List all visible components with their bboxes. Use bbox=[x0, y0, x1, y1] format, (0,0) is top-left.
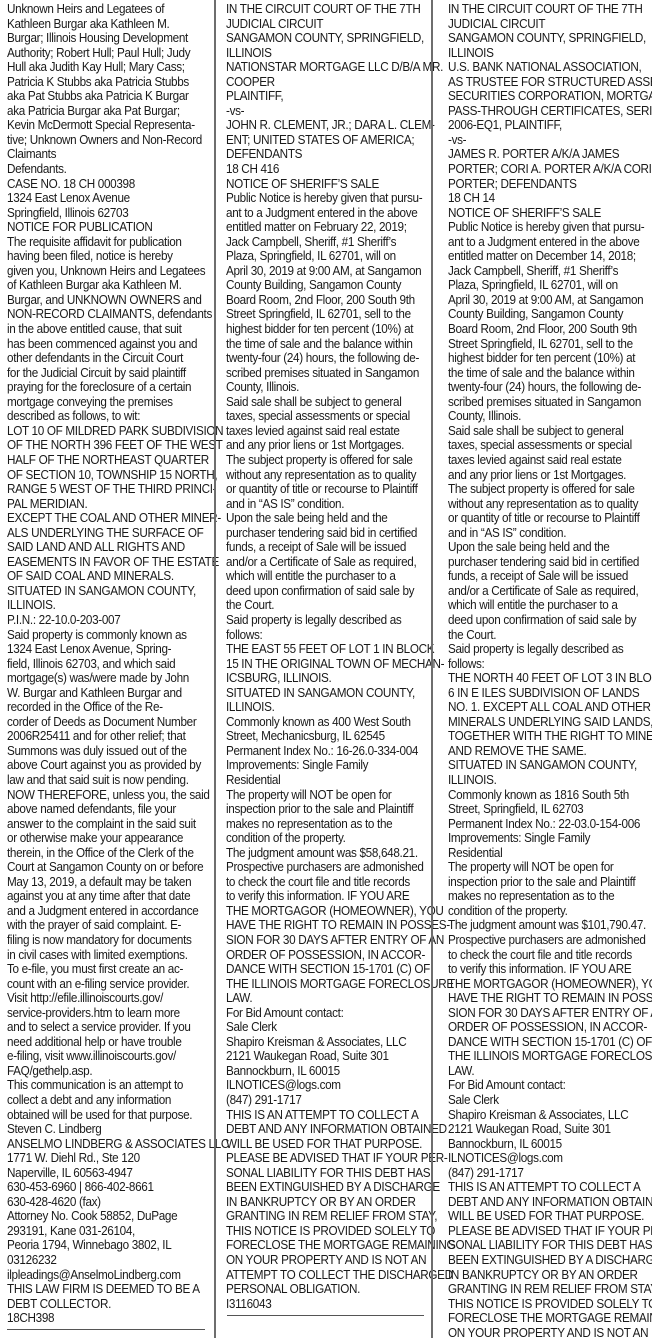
notice-text-line: DEBT AND ANY INFORMATION OBTAINED bbox=[226, 1122, 429, 1137]
notice-text-line: For Bid Amount contact: bbox=[448, 1078, 652, 1093]
notice-text-line: against you at any time after that date bbox=[7, 889, 207, 904]
notice-text-line: THIS IS AN ATTEMPT TO COLLECT A bbox=[448, 1180, 652, 1195]
notice-text-line: AND REMOVE THE SAME. bbox=[448, 744, 652, 759]
notice-text-line: makes no representation as to the bbox=[226, 817, 429, 832]
notice-text-line: to verify this information. IF YOU ARE bbox=[226, 889, 429, 904]
notice-column-1: Unknown Heirs and Legatees ofKathleen Bu… bbox=[7, 2, 207, 1326]
column-divider bbox=[214, 0, 216, 1338]
notice-text-line: Commonly known as 400 West South bbox=[226, 715, 429, 730]
notice-text-line: ILLINOIS. bbox=[226, 700, 429, 715]
notice-text-line: The judgment amount was $101,790.47. bbox=[448, 918, 652, 933]
notice-text-line: Patricia K Stubbs aka Patricia Stubbs bbox=[7, 75, 207, 90]
notice-text-line: The judgment amount was $58,648.21. bbox=[226, 846, 429, 861]
notice-text-line: Sale Clerk bbox=[226, 1020, 429, 1035]
notice-text-line: OF SECTION 10, TOWNSHIP 15 NORTH, bbox=[7, 468, 207, 483]
notice-text-line: Residential bbox=[226, 773, 429, 788]
notice-text-line: DANCE WITH SECTION 15-1701 (C) OF bbox=[226, 962, 429, 977]
notice-text-line: 1771 W. Diehl Rd., Ste 120 bbox=[7, 1151, 207, 1166]
notice-text-line: funds, a receipt of Sale will be issued bbox=[448, 569, 652, 584]
notice-text-line: or quantity of title or recourse to Plai… bbox=[226, 482, 429, 497]
notice-text-line: 630-428-4620 (fax) bbox=[7, 1195, 207, 1210]
notice-text-line: mortgage(s) was/were made by John bbox=[7, 671, 207, 686]
notice-text-line: taxes levied against said real estate bbox=[448, 453, 652, 468]
notice-text-line: ENT; UNITED STATES OF AMERICA; bbox=[226, 133, 429, 148]
notice-text-line: 6 IN E ILES SUBDIVISION OF LANDS bbox=[448, 686, 652, 701]
notice-text-line: THIS IS AN ATTEMPT TO COLLECT A bbox=[226, 1108, 429, 1123]
notice-text-line: SANGAMON COUNTY, SPRINGFIELD, bbox=[448, 31, 652, 46]
notice-text-line: Board Room, 2nd Floor, 200 South 9th bbox=[448, 322, 652, 337]
notice-text-line: THE NORTH 40 FEET OF LOT 3 IN BLOCK bbox=[448, 671, 652, 686]
notice-text-line: Jack Campbell, Sheriff, #1 Sheriff’s bbox=[226, 235, 429, 250]
notice-text-line: mortgage conveying the premises bbox=[7, 395, 207, 410]
notice-text-line: The property will NOT be open for bbox=[226, 788, 429, 803]
notice-text-line: Said sale shall be subject to general bbox=[226, 395, 429, 410]
notice-text-line: Said property is legally described as bbox=[226, 613, 429, 628]
notice-text-line: County Building, Sangamon County bbox=[448, 307, 652, 322]
notice-text-line: LAW. bbox=[226, 991, 429, 1006]
notice-text-line: This communication is an attempt to bbox=[7, 1078, 207, 1093]
notice-text-line: count with an e-filing service provider. bbox=[7, 977, 207, 992]
notice-text-line: PORTER; DEFENDANTS bbox=[448, 177, 652, 192]
notice-text-line: PORTER; CORI A. PORTER A/K/A CORI bbox=[448, 162, 652, 177]
notice-text-line: Bannockburn, IL 60015 bbox=[448, 1137, 652, 1152]
notice-text-line: in civil cases with limited exemptions. bbox=[7, 948, 207, 963]
notice-text-line: Claimants bbox=[7, 147, 207, 162]
notice-text-line: answer to the complaint in the said suit bbox=[7, 817, 207, 832]
notice-text-line: Kathleen Burgar aka Kathleen M. bbox=[7, 17, 207, 32]
notice-text-line: NO. 1. EXCEPT ALL COAL AND OTHER bbox=[448, 700, 652, 715]
notice-text-line: SITUATED IN SANGAMON COUNTY, bbox=[226, 686, 429, 701]
notice-text-line: Springfield, Illinois 62703 bbox=[7, 206, 207, 221]
notice-text-line: Shapiro Kreisman & Associates, LLC bbox=[448, 1108, 652, 1123]
notice-text-line: ALS UNDERLYING THE SURFACE OF bbox=[7, 526, 207, 541]
notice-text-line: makes no representation as to the bbox=[448, 889, 652, 904]
notice-text-line: for the Judicial Circuit by said plainti… bbox=[7, 366, 207, 381]
notice-text-line: Visit http://efile.illinoiscourts.gov/ bbox=[7, 991, 207, 1006]
notice-text-line: purchaser tendering said bid in certifie… bbox=[226, 526, 429, 541]
notice-text-line: -vs- bbox=[226, 104, 429, 119]
notice-text-line: NOW THEREFORE, unless you, the said bbox=[7, 788, 207, 803]
notice-text-line: 18CH398 bbox=[7, 1311, 207, 1326]
notice-text-line: with the prayer of said complaint. E- bbox=[7, 918, 207, 933]
notice-text-line: DEBT AND ANY INFORMATION OBTAINED bbox=[448, 1195, 652, 1210]
notice-text-line: Public Notice is hereby given that pursu… bbox=[226, 191, 429, 206]
notice-text-line: the time of sale and the balance within bbox=[226, 337, 429, 352]
notice-text-line: SAID LAND AND ALL RIGHTS AND bbox=[7, 540, 207, 555]
notice-text-line: Said sale shall be subject to general bbox=[448, 424, 652, 439]
notice-text-line: May 13, 2019, a default may be taken bbox=[7, 875, 207, 890]
notice-text-line: PERSONAL OBLIGATION. bbox=[226, 1282, 429, 1297]
notice-text-line: Defendants. bbox=[7, 162, 207, 177]
notice-text-line: Shapiro Kreisman & Associates, LLC bbox=[226, 1035, 429, 1050]
notice-text-line: 18 CH 14 bbox=[448, 191, 652, 206]
notice-text-line: Bannockburn, IL 60015 bbox=[226, 1064, 429, 1079]
notice-text-line: Plaza, Springfield, IL 62701, will on bbox=[448, 278, 652, 293]
notice-text-line: ON YOUR PROPERTY AND IS NOT AN bbox=[448, 1326, 652, 1338]
notice-text-line: to check the court file and title record… bbox=[448, 948, 652, 963]
notice-text-line: U.S. BANK NATIONAL ASSOCIATION, bbox=[448, 60, 652, 75]
notice-text-line: ORDER OF POSSESSION, IN ACCOR- bbox=[448, 1020, 652, 1035]
notice-text-line: THE EAST 55 FEET OF LOT 1 IN BLOCK bbox=[226, 642, 429, 657]
notice-text-line: SONAL LIABILITY FOR THIS DEBT HAS bbox=[226, 1166, 429, 1181]
notice-text-line: Naperville, IL 60563-4947 bbox=[7, 1166, 207, 1181]
notice-text-line: and/or a Certificate of Sale as required… bbox=[226, 555, 429, 570]
notice-text-line: Authority; Robert Hull; Paul Hull; Judy bbox=[7, 46, 207, 61]
legal-notices-page: Unknown Heirs and Legatees ofKathleen Bu… bbox=[0, 0, 652, 1338]
notice-text-line: SECURITIES CORPORATION, MORTGAGE bbox=[448, 89, 652, 104]
notice-text-line: taxes levied against said real estate bbox=[226, 424, 429, 439]
notice-text-line: having been filed, notice is hereby bbox=[7, 249, 207, 264]
notice-text-line: Commonly known as 1816 South 5th bbox=[448, 788, 652, 803]
notice-text-line: EASEMENTS IN FAVOR OF THE ESTATE bbox=[7, 555, 207, 570]
notice-text-line: 630-453-6960 | 866-402-8661 bbox=[7, 1180, 207, 1195]
notice-text-line: Steven C. Lindberg bbox=[7, 1122, 207, 1137]
notice-text-line: LOT 10 OF MILDRED PARK SUBDIVISION bbox=[7, 424, 207, 439]
notice-text-line: IN BANKRUPTCY OR BY AN ORDER bbox=[226, 1195, 429, 1210]
notice-text-line: NOTICE OF SHERIFF’S SALE bbox=[448, 206, 652, 221]
notice-text-line: P.I.N.: 22-10.0-203-007 bbox=[7, 613, 207, 628]
notice-text-line: twenty-four (24) hours, the following de… bbox=[448, 380, 652, 395]
notice-text-line: Upon the sale being held and the bbox=[448, 540, 652, 555]
notice-text-line: (847) 291-1717 bbox=[226, 1093, 429, 1108]
notice-text-line: COOPER bbox=[226, 75, 429, 90]
notice-text-line: Prospective purchasers are admonished bbox=[226, 860, 429, 875]
notice-text-line: service-providers.htm to learn more bbox=[7, 1006, 207, 1021]
notice-text-line: April 30, 2019 at 9:00 AM, at Sangamon bbox=[448, 293, 652, 308]
notice-text-line: The subject property is offered for sale bbox=[226, 453, 429, 468]
notice-text-line: 2121 Waukegan Road, Suite 301 bbox=[448, 1122, 652, 1137]
notice-text-line: HAVE THE RIGHT TO REMAIN IN POSSES- bbox=[226, 918, 429, 933]
notice-text-line: taxes, special assessments or special bbox=[448, 438, 652, 453]
notice-text-line: FAQ/gethelp.asp. bbox=[7, 1064, 207, 1079]
notice-text-line: ON YOUR PROPERTY AND IS NOT AN bbox=[226, 1253, 429, 1268]
notice-text-line: the Court. bbox=[226, 598, 429, 613]
notice-text-line: GRANTING IN REM RELIEF FROM STAY, bbox=[448, 1282, 652, 1297]
notice-text-line: SITUATED IN SANGAMON COUNTY, bbox=[448, 758, 652, 773]
notice-text-line: ILLINOIS. bbox=[448, 773, 652, 788]
notice-text-line: GRANTING IN REM RELIEF FROM STAY, bbox=[226, 1209, 429, 1224]
notice-text-line: field, Illinois 62703, and which said bbox=[7, 657, 207, 672]
notice-text-line: THE MORTGAGOR (HOMEOWNER), YOU bbox=[226, 904, 429, 919]
notice-text-line: 1324 East Lenox Avenue, Spring- bbox=[7, 642, 207, 657]
notice-text-line: corder of Deeds as Document Number bbox=[7, 715, 207, 730]
notice-text-line: therein, in the Office of the Clerk of t… bbox=[7, 846, 207, 861]
notice-text-line: ant to a Judgment entered in the above bbox=[226, 206, 429, 221]
notice-text-line: and in “AS IS” condition. bbox=[448, 526, 652, 541]
notice-text-line: The property will NOT be open for bbox=[448, 860, 652, 875]
notice-text-line: the Court. bbox=[448, 628, 652, 643]
notice-text-line: tive; Unknown Owners and Non-Record bbox=[7, 133, 207, 148]
notice-text-line: THE ILLINOIS MORTGAGE FORECLOSURE bbox=[226, 977, 429, 992]
notice-text-line: ILLINOIS bbox=[226, 46, 429, 61]
notice-text-line: twenty-four (24) hours, the following de… bbox=[226, 351, 429, 366]
notice-text-line: Improvements: Single Family bbox=[226, 758, 429, 773]
notice-text-line: ilpleadings@AnselmoLindberg.com bbox=[7, 1268, 207, 1283]
notice-text-line: ILLINOIS bbox=[448, 46, 652, 61]
notice-text-line: Unknown Heirs and Legatees of bbox=[7, 2, 207, 17]
notice-text-line: Prospective purchasers are admonished bbox=[448, 933, 652, 948]
notice-text-line: above Court against you as provided by bbox=[7, 758, 207, 773]
notice-text-line: CASE NO. 18 CH 000398 bbox=[7, 177, 207, 192]
notice-text-line: THE MORTGAGOR (HOMEOWNER), YOU bbox=[448, 977, 652, 992]
notice-text-line: County, Illinois. bbox=[226, 380, 429, 395]
notice-text-line: BEEN EXTINGUISHED BY A DISCHARGE bbox=[226, 1180, 429, 1195]
notice-text-line: condition of the property. bbox=[448, 904, 652, 919]
notice-text-line: THIS NOTICE IS PROVIDED SOLELY TO bbox=[448, 1297, 652, 1312]
notice-text-line: DEFENDANTS bbox=[226, 147, 429, 162]
notice-text-line: scribed premises situated in Sangamon bbox=[226, 366, 429, 381]
notice-text-line: ILNOTICES@logs.com bbox=[448, 1151, 652, 1166]
notice-text-line: TOGETHER WITH THE RIGHT TO MINE bbox=[448, 729, 652, 744]
notice-text-line: ORDER OF POSSESSION, IN ACCOR- bbox=[226, 948, 429, 963]
notice-column-2: IN THE CIRCUIT COURT OF THE 7THJUDICIAL … bbox=[226, 2, 429, 1311]
notice-text-line: RANGE 5 WEST OF THE THIRD PRINCI- bbox=[7, 482, 207, 497]
notice-text-line: deed upon confirmation of said sale by bbox=[448, 613, 652, 628]
notice-text-line: HAVE THE RIGHT TO REMAIN IN POSSES- bbox=[448, 991, 652, 1006]
notice-text-line: has been commenced against you and bbox=[7, 337, 207, 352]
notice-text-line: IN BANKRUPTCY OR BY AN ORDER bbox=[448, 1268, 652, 1283]
notice-text-line: inspection prior to the sale and Plainti… bbox=[448, 875, 652, 890]
notice-text-line: and a Judgment entered in accordance bbox=[7, 904, 207, 919]
notice-text-line: entitled matter on December 14, 2018; bbox=[448, 249, 652, 264]
notice-text-line: IN THE CIRCUIT COURT OF THE 7TH bbox=[448, 2, 652, 17]
notice-text-line: 03126232 bbox=[7, 1253, 207, 1268]
notice-text-line: EXCEPT THE COAL AND OTHER MINER- bbox=[7, 511, 207, 526]
notice-text-line: OF THE NORTH 396 FEET OF THE WEST bbox=[7, 438, 207, 453]
notice-text-line: above named defendants, file your bbox=[7, 802, 207, 817]
notice-text-line: NOTICE OF SHERIFF’S SALE bbox=[226, 177, 429, 192]
notice-text-line: without any representation as to quality bbox=[448, 497, 652, 512]
notice-text-line: The subject property is offered for sale bbox=[448, 482, 652, 497]
notice-text-line: -vs- bbox=[448, 133, 652, 148]
notice-text-line: collect a debt and any information bbox=[7, 1093, 207, 1108]
notice-text-line: WILL BE USED FOR THAT PURPOSE. bbox=[226, 1137, 429, 1152]
notice-text-line: Kevin McDermott Special Representa- bbox=[7, 118, 207, 133]
notice-text-line: Court at Sangamon County on or before bbox=[7, 860, 207, 875]
notice-text-line: DEBT COLLECTOR. bbox=[7, 1297, 207, 1312]
notice-text-line: JUDICIAL CIRCUIT bbox=[226, 17, 429, 32]
notice-text-line: SION FOR 30 DAYS AFTER ENTRY OF AN bbox=[448, 1006, 652, 1021]
notice-text-line: Summons was duly issued out of the bbox=[7, 744, 207, 759]
notice-text-line: THE ILLINOIS MORTGAGE FORECLOSURE bbox=[448, 1049, 652, 1064]
notice-text-line: 1324 East Lenox Avenue bbox=[7, 191, 207, 206]
notice-text-line: taxes, special assessments or special bbox=[226, 409, 429, 424]
notice-text-line: JUDICIAL CIRCUIT bbox=[448, 17, 652, 32]
notice-text-line: Sale Clerk bbox=[448, 1093, 652, 1108]
notice-text-line: purchaser tendering said bid in certifie… bbox=[448, 555, 652, 570]
notice-text-line: 2121 Waukegan Road, Suite 301 bbox=[226, 1049, 429, 1064]
notice-text-line: (847) 291-1717 bbox=[448, 1166, 652, 1181]
notice-text-line: or quantity of title or recourse to Plai… bbox=[448, 511, 652, 526]
notice-text-line: ATTEMPT TO COLLECT THE DISCHARGED bbox=[226, 1268, 429, 1283]
notice-text-line: and any prior liens or 1st Mortgages. bbox=[226, 438, 429, 453]
notice-text-line: JAMES R. PORTER A/K/A JAMES bbox=[448, 147, 652, 162]
notice-text-line: Burgar, and UNKNOWN OWNERS and bbox=[7, 293, 207, 308]
notice-text-line: given you, Unknown Heirs and Legatees bbox=[7, 264, 207, 279]
notice-text-line: To e-file, you must first create an ac- bbox=[7, 962, 207, 977]
notice-text-line: JOHN R. CLEMENT, JR.; DARA L. CLEM- bbox=[226, 118, 429, 133]
notice-text-line: SITUATED IN SANGAMON COUNTY, bbox=[7, 584, 207, 599]
notice-text-line: aka Pat Stubbs aka Patricia K Burgar bbox=[7, 89, 207, 104]
notice-text-line: PASS-THROUGH CERTIFICATES, SERIES bbox=[448, 104, 652, 119]
notice-text-line: filing is now mandatory for documents bbox=[7, 933, 207, 948]
notice-text-line: W. Burgar and Kathleen Burgar and bbox=[7, 686, 207, 701]
notice-text-line: other defendants in the Circuit Court bbox=[7, 351, 207, 366]
notice-text-line: NON-RECORD CLAIMANTS, defendants bbox=[7, 307, 207, 322]
notice-text-line: Street, Mechanicsburg, IL 62545 bbox=[226, 729, 429, 744]
notice-text-line: aka Patricia Burgar aka Pat Burgar; bbox=[7, 104, 207, 119]
notice-text-line: FORECLOSE THE MORTGAGE REMAINING bbox=[226, 1238, 429, 1253]
notice-text-line: Street Springfield, IL 62701, sell to th… bbox=[448, 337, 652, 352]
notice-text-line: to check the court file and title record… bbox=[226, 875, 429, 890]
notice-text-line: FORECLOSE THE MORTGAGE REMAINING bbox=[448, 1311, 652, 1326]
notice-text-line: need additional help or have trouble bbox=[7, 1035, 207, 1050]
notice-text-line: and any prior liens or 1st Mortgages. bbox=[448, 468, 652, 483]
notice-text-line: BEEN EXTINGUISHED BY A DISCHARGE bbox=[448, 1253, 652, 1268]
notice-text-line: The requisite affidavit for publication bbox=[7, 235, 207, 250]
notice-text-line: Improvements: Single Family bbox=[448, 831, 652, 846]
notice-text-line: Plaza, Springfield, IL 62701, will on bbox=[226, 249, 429, 264]
notice-text-line: 293191, Kane 031-26104, bbox=[7, 1224, 207, 1239]
notice-text-line: For Bid Amount contact: bbox=[226, 1006, 429, 1021]
notice-text-line: highest bidder for ten percent (10%) at bbox=[448, 351, 652, 366]
notice-text-line: LAW. bbox=[448, 1064, 652, 1079]
column-divider bbox=[431, 0, 433, 1338]
notice-text-line: the time of sale and the balance within bbox=[448, 366, 652, 381]
notice-text-line: ANSELMO LINDBERG & ASSOCIATES LLC bbox=[7, 1137, 207, 1152]
notice-text-line: 18 CH 416 bbox=[226, 162, 429, 177]
notice-text-line: highest bidder for ten percent (10%) at bbox=[226, 322, 429, 337]
notice-text-line: WILL BE USED FOR THAT PURPOSE. bbox=[448, 1209, 652, 1224]
notice-text-line: to verify this information. IF YOU ARE bbox=[448, 962, 652, 977]
notice-text-line: law and that said suit is now pending. bbox=[7, 773, 207, 788]
notice-text-line: ILNOTICES@logs.com bbox=[226, 1078, 429, 1093]
notice-text-line: scribed premises situated in Sangamon bbox=[448, 395, 652, 410]
notice-text-line: which will entitle the purchaser to a bbox=[448, 598, 652, 613]
notice-text-line: I3116043 bbox=[226, 1297, 429, 1312]
notice-text-line: of Kathleen Burgar aka Kathleen M. bbox=[7, 278, 207, 293]
notice-text-line: 2006-EQ1, PLAINTIFF, bbox=[448, 118, 652, 133]
notice-text-line: IN THE CIRCUIT COURT OF THE 7TH bbox=[226, 2, 429, 17]
notice-text-line: Said property is commonly known as bbox=[7, 628, 207, 643]
notice-text-line: and to select a service provider. If you bbox=[7, 1020, 207, 1035]
notice-text-line: Attorney No. Cook 58852, DuPage bbox=[7, 1209, 207, 1224]
notice-text-line: ICSBURG, ILLINOIS. bbox=[226, 671, 429, 686]
notice-text-line: follows: bbox=[226, 628, 429, 643]
notice-text-line: obtained will be used for that purpose. bbox=[7, 1108, 207, 1123]
notice-text-line: recorded in the Office of the Re- bbox=[7, 700, 207, 715]
notice-text-line: April 30, 2019 at 9:00 AM, at Sangamon bbox=[226, 264, 429, 279]
notice-text-line: Peoria 1794, Winnebago 3802, IL bbox=[7, 1238, 207, 1253]
notice-text-line: Said property is legally described as bbox=[448, 642, 652, 657]
notice-text-line: Street Springfield, IL 62701, sell to th… bbox=[226, 307, 429, 322]
notice-text-line: PLAINTIFF, bbox=[226, 89, 429, 104]
notice-text-line: County Building, Sangamon County bbox=[226, 278, 429, 293]
notice-text-line: SANGAMON COUNTY, SPRINGFIELD, bbox=[226, 31, 429, 46]
notice-text-line: PLEASE BE ADVISED THAT IF YOUR PER- bbox=[226, 1151, 429, 1166]
notice-column-3: IN THE CIRCUIT COURT OF THE 7THJUDICIAL … bbox=[448, 2, 652, 1338]
notice-text-line: Public Notice is hereby given that pursu… bbox=[448, 220, 652, 235]
notice-text-line: Burgar; Illinois Housing Development bbox=[7, 31, 207, 46]
notice-text-line: HALF OF THE NORTHEAST QUARTER bbox=[7, 453, 207, 468]
notice-text-line: THIS LAW FIRM IS DEEMED TO BE A bbox=[7, 1282, 207, 1297]
notice-text-line: ant to a Judgment entered in the above bbox=[448, 235, 652, 250]
notice-text-line: MINERALS UNDERLYING SAID LANDS, bbox=[448, 715, 652, 730]
notice-text-line: in the above entitled cause, that suit bbox=[7, 322, 207, 337]
notice-text-line: follows: bbox=[448, 657, 652, 672]
notice-text-line: Hull aka Judith Kay Hull; Mary Cass; bbox=[7, 60, 207, 75]
notice-text-line: described as follows, to wit: bbox=[7, 409, 207, 424]
notice-text-line: Permanent Index No.: 22-03.0-154-006 bbox=[448, 817, 652, 832]
notice-text-line: 15 IN THE ORIGINAL TOWN OF MECHAN- bbox=[226, 657, 429, 672]
notice-text-line: Jack Campbell, Sheriff, #1 Sheriff’s bbox=[448, 264, 652, 279]
notice-text-line: and in “AS IS” condition. bbox=[226, 497, 429, 512]
notice-text-line: which will entitle the purchaser to a bbox=[226, 569, 429, 584]
notice-text-line: condition of the property. bbox=[226, 831, 429, 846]
notice-text-line: County, Illinois. bbox=[448, 409, 652, 424]
notice-text-line: funds, a receipt of Sale will be issued bbox=[226, 540, 429, 555]
notice-text-line: 2006R25411 and for other relief; that bbox=[7, 729, 207, 744]
notice-text-line: Permanent Index No.: 16-26.0-334-004 bbox=[226, 744, 429, 759]
notice-text-line: DANCE WITH SECTION 15-1701 (C) OF bbox=[448, 1035, 652, 1050]
notice-text-line: praying for the foreclosure of a certain bbox=[7, 380, 207, 395]
notice-text-line: inspection prior to the sale and Plainti… bbox=[226, 802, 429, 817]
notice-text-line: or otherwise make your appearance bbox=[7, 831, 207, 846]
notice-text-line: deed upon confirmation of said sale by bbox=[226, 584, 429, 599]
notice-text-line: entitled matter on February 22, 2019; bbox=[226, 220, 429, 235]
notice-text-line: THIS NOTICE IS PROVIDED SOLELY TO bbox=[226, 1224, 429, 1239]
notice-text-line: PLEASE BE ADVISED THAT IF YOUR PER- bbox=[448, 1224, 652, 1239]
notice-text-line: e-filing, visit www.illinoiscourts.gov/ bbox=[7, 1049, 207, 1064]
notice-text-line: Street, Springfield, IL 62703 bbox=[448, 802, 652, 817]
notice-text-line: OF SAID COAL AND MINERALS. bbox=[7, 569, 207, 584]
notice-text-line: Residential bbox=[448, 846, 652, 861]
notice-text-line: AS TRUSTEE FOR STRUCTURED ASSET bbox=[448, 75, 652, 90]
notice-end-rule bbox=[7, 1329, 205, 1330]
notice-text-line: ILLINOIS. bbox=[7, 598, 207, 613]
notice-text-line: without any representation as to quality bbox=[226, 468, 429, 483]
notice-text-line: NOTICE FOR PUBLICATION bbox=[7, 220, 207, 235]
notice-text-line: PAL MERIDIAN. bbox=[7, 497, 207, 512]
notice-text-line: NATIONSTAR MORTGAGE LLC D/B/A MR. bbox=[226, 60, 429, 75]
notice-end-rule bbox=[227, 1315, 424, 1316]
notice-text-line: Upon the sale being held and the bbox=[226, 511, 429, 526]
notice-text-line: SION FOR 30 DAYS AFTER ENTRY OF AN bbox=[226, 933, 429, 948]
notice-text-line: SONAL LIABILITY FOR THIS DEBT HAS bbox=[448, 1238, 652, 1253]
notice-text-line: Board Room, 2nd Floor, 200 South 9th bbox=[226, 293, 429, 308]
notice-text-line: and/or a Certificate of Sale as required… bbox=[448, 584, 652, 599]
